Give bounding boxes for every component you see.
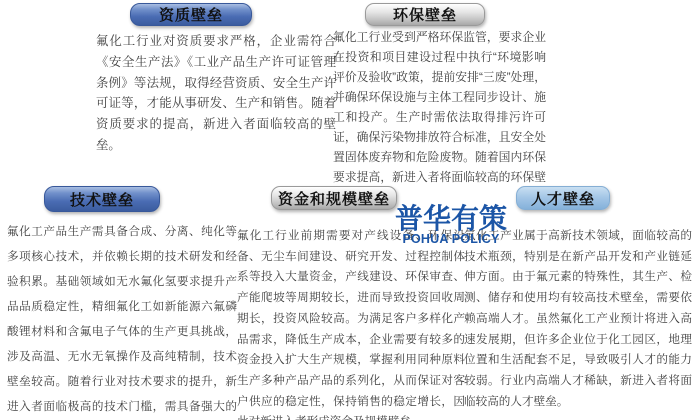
- section-body-talent-barrier: 氟化工产业属于高新技术领域，面临较高的技术瓶颈，特别是在新产品开发和产业链延伸方…: [464, 226, 692, 420]
- infographic-canvas: 资质壁垒 环保壁垒 技术壁垒 资金和规模壁垒 人才壁垒 氟化工行业对资质要求严格…: [0, 0, 692, 420]
- section-header-qualification-barrier: 资质壁垒: [130, 3, 252, 26]
- section-header-environment-barrier: 环保壁垒: [365, 3, 485, 26]
- section-header-talent-barrier: 人才壁垒: [516, 186, 610, 210]
- section-body-environment-barrier: 氟化工行业受到严格环保监管，要求企业在投资和项目建设过程中执行“环境影响评价及验…: [333, 27, 546, 187]
- section-body-technology-barrier: 氟化工产品生产需具备合成、分离、纯化等多项核心技术，并依赖长期的技术研发和经验积…: [7, 219, 237, 420]
- section-body-qualification-barrier: 氟化工行业对资质要求严格，企业需符合《安全生产法》《工业产品生产许可证管理条例》…: [96, 31, 336, 187]
- section-header-capital-scale-barrier: 资金和规模壁垒: [271, 186, 397, 210]
- section-body-capital-scale-barrier: 氟化工行业前期需要对产线设备、环保设备、无尘车间建设、研究开发、过程控制体系等投…: [237, 226, 465, 420]
- section-header-technology-barrier: 技术壁垒: [44, 186, 160, 212]
